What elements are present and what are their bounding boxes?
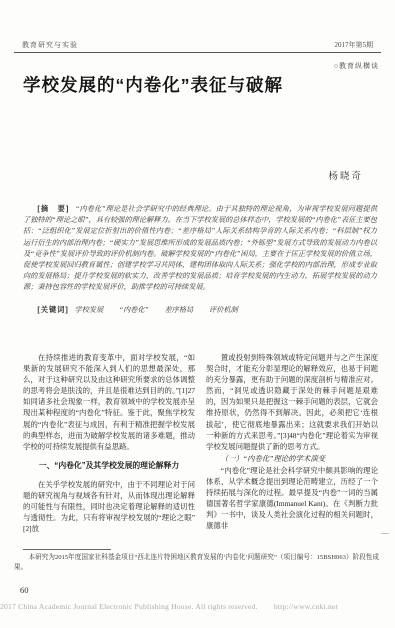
left-column: 在持续推进的教育变革中，面对学校发展，“如果新的发展研究不能深入到人们的思想最深… xyxy=(23,352,195,534)
journal-page: 教育研究与实验 2017年第5期 ○教育纵横谈 学校发展的“内卷化”表征与破解 … xyxy=(0,0,395,628)
page-header: 教育研究与实验 2017年第5期 ○教育纵横谈 xyxy=(14,40,381,73)
keyword: “内卷化” xyxy=(119,306,149,314)
column-section-name: ○教育纵横谈 xyxy=(334,62,379,70)
keyword: 学校发展 xyxy=(75,306,104,314)
keyword: 评价机制 xyxy=(209,306,238,314)
watermark-url: http://www.cnki.net xyxy=(274,602,338,611)
keyword: 差序格局 xyxy=(164,306,193,314)
right-column: 置或投射到特殊领域或特定问题并与之产生深度契合时，才能充分彰显理论的解释效应，也… xyxy=(206,352,378,534)
scan-margin-mark: — xyxy=(381,528,389,537)
section-heading: 一、“内卷化”及其学校发展的理论解释力 xyxy=(23,460,195,471)
body-paragraph: 置或投射到特殊领域或特定问题并与之产生深度契合时，才能充分彰显理论的解释效应，也… xyxy=(206,352,378,452)
keywords-row: [关键词] 学校发展 “内卷化” 差序格局 评价机制 xyxy=(23,304,377,316)
watermark-text: 2017 China Academic Journal Electronic P… xyxy=(0,602,258,611)
column-row: ○教育纵横谈 xyxy=(14,53,381,73)
footnote-divider xyxy=(23,549,111,550)
abstract-block: [摘 要] “内卷化”理论是社会学研究中的经典理论。由于其独特的理论视角，为审视… xyxy=(23,203,377,316)
abstract-paragraph: [摘 要] “内卷化”理论是社会学研究中的经典理论。由于其独特的理论视角，为审视… xyxy=(23,203,377,294)
footnote: 本研究为2015年度国家社科基金项目“西北连片特困地区教育发展的‘内卷化’问题研… xyxy=(14,553,379,573)
issue-number: 2017年第5期 xyxy=(335,40,374,50)
body-paragraph: “内卷化”理论是社会科学研究中颇具影响的理论体系，从学术概念提出到理论范畴建立，… xyxy=(206,465,378,532)
subsection-heading: （一）“内卷化”理论的学术演变 xyxy=(206,453,378,464)
keywords-label: [关键词] xyxy=(37,305,68,314)
publisher-watermark: 2017 China Academic Journal Electronic P… xyxy=(0,602,338,611)
journal-name: 教育研究与实验 xyxy=(22,40,78,50)
abstract-label: [摘 要] xyxy=(37,204,69,213)
footnote-text: 本研究为2015年度国家社科基金项目“西北连片特困地区教育发展的‘内卷化’问题研… xyxy=(14,553,379,573)
body-columns: 在持续推进的教育变革中，面对学校发展，“如果新的发展研究不能深入到人们的思想最深… xyxy=(23,352,378,534)
abstract-text: “内卷化”理论是社会学研究中的经典理论。由于其独特的理论视角，为审视学校发展问题… xyxy=(23,205,377,291)
body-paragraph: 在关乎学校发展的研究中，由于不同理论对于问题的研究视角与视域各有针对，从而体现出… xyxy=(23,479,195,534)
article-title: 学校发展的“内卷化”表征与破解 xyxy=(23,72,283,97)
body-paragraph: 在持续推进的教育变革中，面对学校发展，“如果新的发展研究不能深入到人们的思想最深… xyxy=(23,352,195,452)
header-rule-row: 教育研究与实验 2017年第5期 xyxy=(14,40,381,53)
article-author: 杨晓奇 xyxy=(328,168,363,182)
page-number: 60 xyxy=(20,585,29,595)
